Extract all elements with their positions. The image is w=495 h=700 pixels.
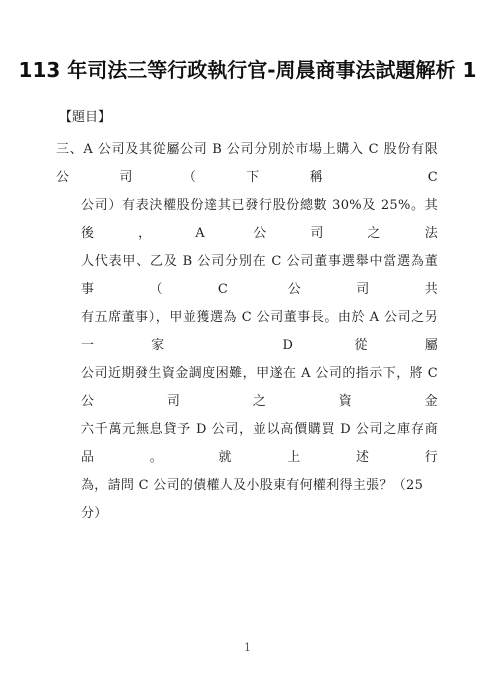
page-number: 1 bbox=[0, 641, 495, 655]
question-line-1: 三、A 公司及其從屬公司 B 公司分別於市場上購入 C 股份有限公司（下稱 C bbox=[56, 136, 438, 192]
question-block: 三、A 公司及其從屬公司 B 公司分別於市場上購入 C 股份有限公司（下稱 C … bbox=[56, 136, 495, 528]
document-page: 113 年司法三等行政執行官-周晨商事法試題解析 1 【題目】 三、A 公司及其… bbox=[0, 0, 495, 700]
section-label-question: 【題目】 bbox=[59, 110, 495, 125]
question-line-7: 為，請問 C 公司的債權人及小股東有何權利得主張？（25 分） bbox=[81, 472, 438, 528]
question-line-2: 公司）有表決權股份達其已發行股份總數 30%及 25%。其後，A 公司之法 bbox=[81, 192, 438, 248]
question-line-4: 有五席董事），甲並獲選為 C 公司董事長。由於 A 公司之另一家 D 從屬 bbox=[81, 304, 438, 360]
question-line-5: 公司近期發生資金調度困難，甲遂在 A 公司的指示下，將 C 公司之資金 bbox=[81, 360, 438, 416]
question-line-6: 六千萬元無息貸予 D 公司，並以高價購買 D 公司之庫存商品。就上述行 bbox=[81, 416, 438, 472]
question-line-3: 人代表甲、乙及 B 公司分別在 C 公司董事選舉中當選為董事（C 公司共 bbox=[81, 248, 438, 304]
page-title: 113 年司法三等行政執行官-周晨商事法試題解析 1 bbox=[0, 0, 495, 84]
